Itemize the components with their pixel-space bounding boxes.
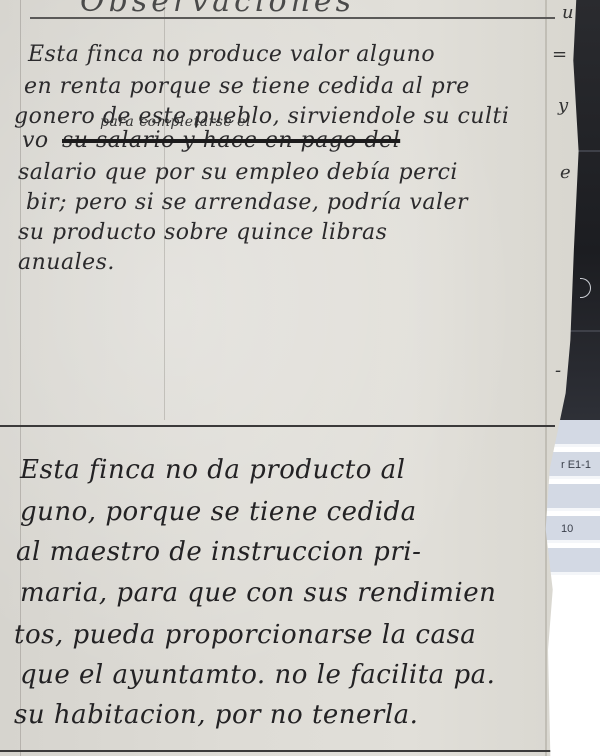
margin-mark: = [552, 44, 567, 65]
background-spreadsheet: r E1-1 10 [545, 420, 600, 756]
struck-through-text: su salario y hace en pago del [62, 128, 400, 153]
margin-mark: - [555, 360, 561, 381]
bottom-rule [0, 750, 560, 752]
handwritten-line: que el ayuntamto. no le facilita pa. [20, 660, 495, 690]
spreadsheet-cell [545, 484, 600, 511]
handwritten-line: guno, porque se tiene cedida [20, 497, 417, 527]
manuscript-page: Observaciones Esta finca no produce valo… [0, 0, 588, 756]
handwritten-line: salario que por su empleo debía perci [18, 160, 458, 185]
spreadsheet-cell [545, 548, 600, 575]
paper-fold [545, 0, 547, 756]
margin-mark: u [562, 2, 574, 23]
handwritten-line: en renta porque se tiene cedida al pre [24, 74, 470, 99]
handwritten-line: tos, pueda proporcionarse la casa [14, 620, 476, 650]
handwritten-line: al maestro de instruccion pri- [16, 537, 421, 567]
margin-mark: e [560, 162, 571, 183]
section-divider-rule [0, 425, 555, 427]
handwritten-line: vo [22, 128, 49, 153]
spreadsheet-cell: r E1-1 [545, 452, 600, 479]
spreadsheet-cell: 10 [545, 516, 600, 543]
handwritten-line: Esta finca no produce valor alguno [28, 42, 435, 67]
header-rule [30, 17, 555, 19]
handwritten-line: Esta finca no da producto al [20, 455, 405, 485]
monitor-glyph-icon [580, 278, 591, 298]
handwritten-line: maria, para que con sus rendimien [20, 578, 496, 608]
handwritten-line: su producto sobre quince libras [18, 220, 387, 245]
handwritten-line: anuales. [18, 250, 115, 275]
handwritten-line: su habitacion, por no tenerla. [14, 700, 418, 730]
margin-mark: y [558, 95, 568, 116]
handwritten-line: gonero de este pueblo, sirviendole su cu… [14, 104, 509, 129]
handwritten-line: bir; pero si se arrendase, podría valer [26, 190, 468, 215]
